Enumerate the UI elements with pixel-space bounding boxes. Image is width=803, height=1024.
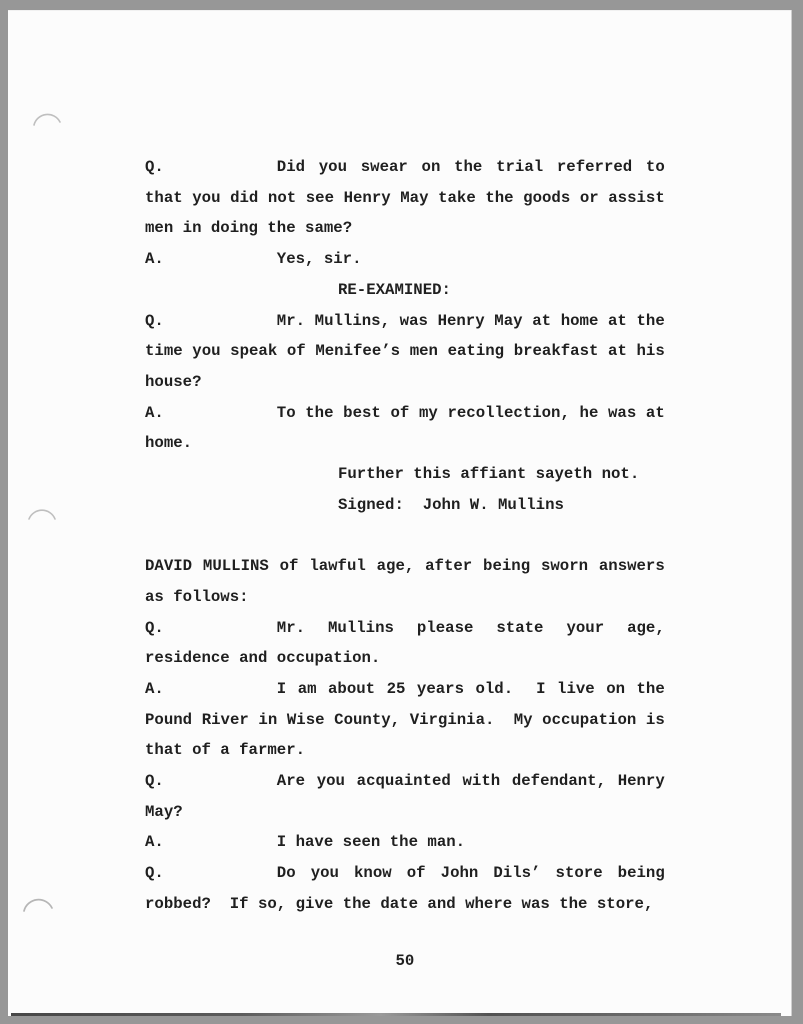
attestation-line: Further this affiant sayeth not. bbox=[145, 459, 665, 490]
qa-block: Q.Did you swear on the trial referred to… bbox=[145, 152, 665, 244]
speaker-label: A. bbox=[145, 833, 164, 851]
speaker-label: Q. bbox=[145, 864, 164, 882]
speaker-label: A. bbox=[145, 404, 164, 422]
witness-introduction: DAVID MULLINS of lawful age, after being… bbox=[145, 551, 665, 612]
qa-block: Q.Do you know of John Dils’ store being … bbox=[145, 858, 665, 919]
qa-text: Yes, sir. bbox=[277, 250, 362, 268]
document-page: Q.Did you swear on the trial referred to… bbox=[8, 10, 792, 1016]
qa-text: Mr. Mullins please state your age, resid… bbox=[145, 619, 674, 668]
speaker-label: A. bbox=[145, 250, 164, 268]
qa-text: To the best of my recollection, he was a… bbox=[145, 404, 674, 453]
qa-block: A.To the best of my recollection, he was… bbox=[145, 398, 665, 459]
qa-block: Q.Mr. Mullins please state your age, res… bbox=[145, 613, 665, 674]
qa-text: I am about 25 years old. I live on the P… bbox=[145, 680, 674, 759]
speaker-label: Q. bbox=[145, 772, 164, 790]
qa-block: A.Yes, sir. bbox=[145, 244, 665, 275]
qa-block: Q.Mr. Mullins, was Henry May at home at … bbox=[145, 306, 665, 398]
page-bottom-edge bbox=[11, 1013, 781, 1016]
qa-block: A.I have seen the man. bbox=[145, 827, 665, 858]
qa-block: Q.Are you acquainted with defendant, Hen… bbox=[145, 766, 665, 827]
speaker-label: Q. bbox=[145, 158, 164, 176]
punch-hole-arc bbox=[32, 111, 62, 127]
section-heading-re-examined: RE-EXAMINED: bbox=[145, 275, 665, 306]
punch-hole-arc bbox=[22, 896, 54, 913]
speaker-label: Q. bbox=[145, 312, 164, 330]
speaker-label: A. bbox=[145, 680, 164, 698]
scan-screenshot-root: { "colors": { "scan_background": "#97979… bbox=[0, 0, 803, 1024]
qa-block: A.I am about 25 years old. I live on the… bbox=[145, 674, 665, 766]
qa-text: Did you swear on the trial referred to t… bbox=[145, 158, 674, 237]
punch-hole-arc bbox=[27, 506, 57, 522]
qa-text: I have seen the man. bbox=[277, 833, 465, 851]
transcript-body: Q.Did you swear on the trial referred to… bbox=[145, 152, 665, 976]
qa-text: Are you acquainted with defendant, Henry… bbox=[145, 772, 674, 821]
blank-line bbox=[145, 520, 665, 551]
speaker-label: Q. bbox=[145, 619, 164, 637]
page-number: 50 bbox=[145, 946, 665, 977]
qa-text: Do you know of John Dils’ store being ro… bbox=[145, 864, 674, 913]
qa-text: Mr. Mullins, was Henry May at home at th… bbox=[145, 312, 674, 391]
signature-line: Signed: John W. Mullins bbox=[145, 490, 665, 521]
